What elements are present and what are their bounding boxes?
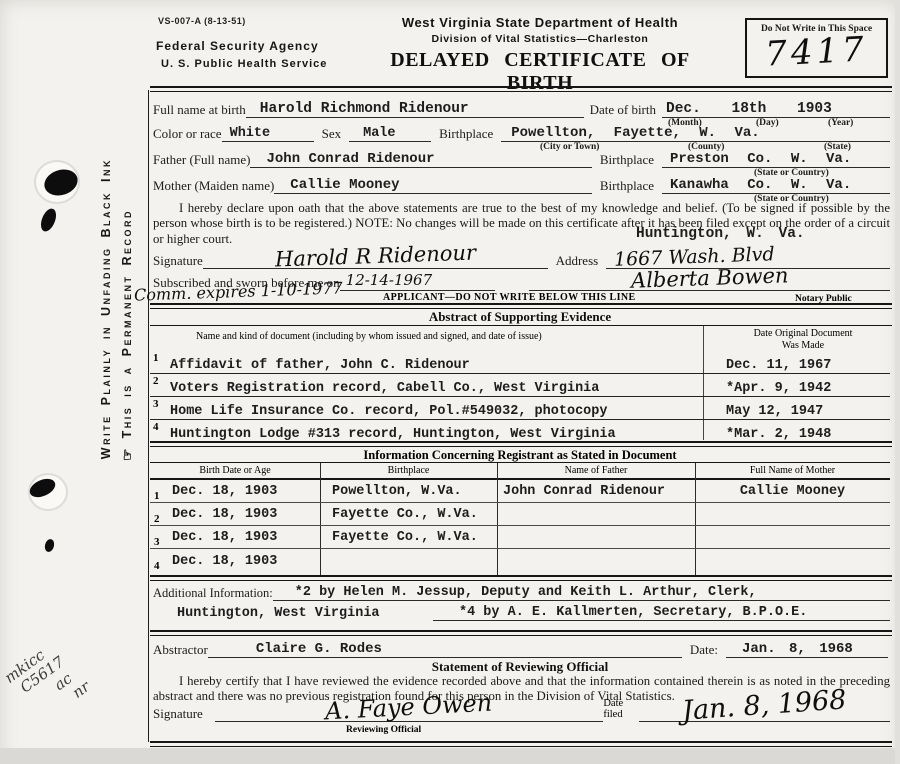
father-label: Father (Full name) xyxy=(153,152,250,168)
header-center: West Virginia State Department of Health… xyxy=(355,15,725,95)
ink-blob xyxy=(38,206,59,233)
abstractor-value: Claire G. Rodes xyxy=(208,641,682,658)
sex-value: Male xyxy=(349,126,431,142)
margin-scribble: mkicc C5617 ac nr xyxy=(2,636,93,729)
do-not-write-box: Do Not Write in This Space 7417 xyxy=(745,18,888,78)
registrant-row-1: 1 Dec. 18, 1903 Powellton, W.Va. John Co… xyxy=(150,480,890,503)
date-filed-value: Jan. 8, 1968 xyxy=(639,690,890,722)
reviewing-official-signature: A. Faye Owen xyxy=(215,693,604,722)
abstract-date-label: Date: xyxy=(682,642,726,658)
race-sex-birthplace-row: Color or race White Sex Male Birthplace … xyxy=(153,121,890,142)
mother-row: Mother (Maiden name) Callie Mooney Birth… xyxy=(153,173,890,194)
father-row: Father (Full name) John Conrad Ridenour … xyxy=(153,147,890,168)
registrant-row-2: 2 Dec. 18, 1903 Fayette Co., W.Va. xyxy=(150,503,890,526)
father-birthplace-label: Birthplace xyxy=(592,152,662,168)
abstract-row-2: 2 Voters Registration record, Cabell Co.… xyxy=(150,375,890,397)
abstract-row-3: 3 Home Life Insurance Co. record, Pol.#5… xyxy=(150,398,890,420)
applicant-warning-line: APPLICANT—DO NOT WRITE BELOW THIS LINE xyxy=(383,292,636,303)
agency-line-2: U. S. Public Health Service xyxy=(161,58,327,70)
divider xyxy=(150,630,892,636)
registrant-table-title: Information Concerning Registrant as Sta… xyxy=(150,447,890,463)
date-filed-label: Date filed xyxy=(603,698,639,722)
father-value: John Conrad Ridenour xyxy=(250,151,591,168)
col-header-mother: Full Name of Mother xyxy=(695,465,890,476)
abstract-date-value: Jan. 8, 1968 xyxy=(726,641,888,658)
dob-value: Dec. 18th 1903 xyxy=(662,101,890,118)
color-race-label: Color or race xyxy=(153,126,222,142)
birthplace-value: Powellton, Fayette, W. Va. xyxy=(501,125,890,142)
department-title: West Virginia State Department of Health xyxy=(355,15,725,30)
additional-info-line1: *2 by Helen M. Jessup, Deputy and Keith … xyxy=(273,585,890,601)
abstractor-label: Abstractor xyxy=(153,642,208,658)
pointing-hand-icon: ☞ xyxy=(119,447,135,461)
sworn-date: 12-14-1967 xyxy=(340,271,495,291)
registrant-row-4: 4 Dec. 18, 1903 xyxy=(150,549,890,572)
mother-value: Callie Mooney xyxy=(274,177,592,194)
certificate-number: 7417 xyxy=(746,28,887,75)
review-signature-label: Signature xyxy=(153,706,215,722)
full-name-value: Harold Richmond Ridenour xyxy=(246,101,584,118)
col-header-father: Name of Father xyxy=(497,465,695,476)
margin-notice-ink: Write Plainly in Unfading Black Ink xyxy=(99,158,113,459)
col-header-birth-date: Birth Date or Age xyxy=(150,465,320,476)
abstract-col1-header: Name and kind of document (including by … xyxy=(196,331,542,342)
form-left-border xyxy=(148,90,149,742)
col-header-birthplace: Birthplace xyxy=(320,465,497,476)
full-name-row: Full name at birth Harold Richmond Riden… xyxy=(153,96,890,118)
declaration-place: Huntington, W. Va. xyxy=(636,226,805,242)
divider xyxy=(150,325,892,326)
mother-label: Mother (Maiden name) xyxy=(153,178,274,194)
registrant-row-3: 3 Dec. 18, 1903 Fayette Co., W.Va. xyxy=(150,526,890,549)
father-birthplace-value: Preston Co. W. Va. xyxy=(662,151,890,168)
divider xyxy=(150,575,892,581)
notary-signature: Alberta Bowen xyxy=(529,266,890,291)
dob-label: Date of birth xyxy=(584,102,662,118)
scan-edge xyxy=(0,748,900,764)
divider xyxy=(150,741,892,747)
registrant-table-header: Birth Date or Age Birthplace Name of Fat… xyxy=(150,463,890,480)
applicant-signature: Harold R Ridenour xyxy=(203,244,548,269)
division-title: Division of Vital Statistics—Charleston xyxy=(355,33,725,45)
abstractor-row: Abstractor Claire G. Rodes Date: Jan. 8,… xyxy=(153,638,888,658)
abstract-col2-header: Date Original Document Was Made xyxy=(722,328,884,351)
agency-line-1: Federal Security Agency xyxy=(156,39,319,53)
margin-notice-permanent-text: This is a Permanent Record xyxy=(120,209,134,438)
reviewing-official-label: Reviewing Official xyxy=(346,725,421,735)
reviewing-signature-row: Signature A. Faye Owen Date filed Jan. 8… xyxy=(153,698,890,722)
additional-info-row-1: Additional Information: *2 by Helen M. J… xyxy=(153,582,890,601)
reviewing-official-title: Statement of Reviewing Official xyxy=(150,659,890,675)
certificate-scan: Write Plainly in Unfading Black Ink ☞ Th… xyxy=(0,0,900,764)
mother-birthplace-value: Kanawha Co. W. Va. xyxy=(662,177,890,194)
divider xyxy=(150,86,892,92)
sex-label: Sex xyxy=(314,126,350,142)
abstract-row-4: 4 Huntington Lodge #313 record, Huntingt… xyxy=(150,421,890,443)
signature-label: Signature xyxy=(153,253,203,269)
additional-info-line3: *4 by A. E. Kallmerten, Secretary, B.P.O… xyxy=(433,605,890,621)
form-number: VS-007-A (8-13-51) xyxy=(158,16,246,26)
full-name-label: Full name at birth xyxy=(153,102,246,118)
additional-info-row-2: Huntington, West Virginia *4 by A. E. Ka… xyxy=(153,602,890,621)
ink-blob xyxy=(43,538,55,553)
abstract-row-1: 1 Affidavit of father, John C. Ridenour … xyxy=(150,352,890,374)
additional-info-label: Additional Information: xyxy=(153,586,273,601)
color-race-value: White xyxy=(222,126,314,142)
registrant-table: Information Concerning Registrant as Sta… xyxy=(150,447,890,575)
margin-notice-permanent: ☞ This is a Permanent Record xyxy=(119,209,135,461)
mother-birthplace-label: Birthplace xyxy=(592,178,662,194)
abstract-title: Abstract of Supporting Evidence xyxy=(150,309,890,325)
scan-edge xyxy=(895,0,900,764)
birthplace-label: Birthplace xyxy=(431,126,501,142)
additional-info-line2: Huntington, West Virginia xyxy=(153,606,433,621)
